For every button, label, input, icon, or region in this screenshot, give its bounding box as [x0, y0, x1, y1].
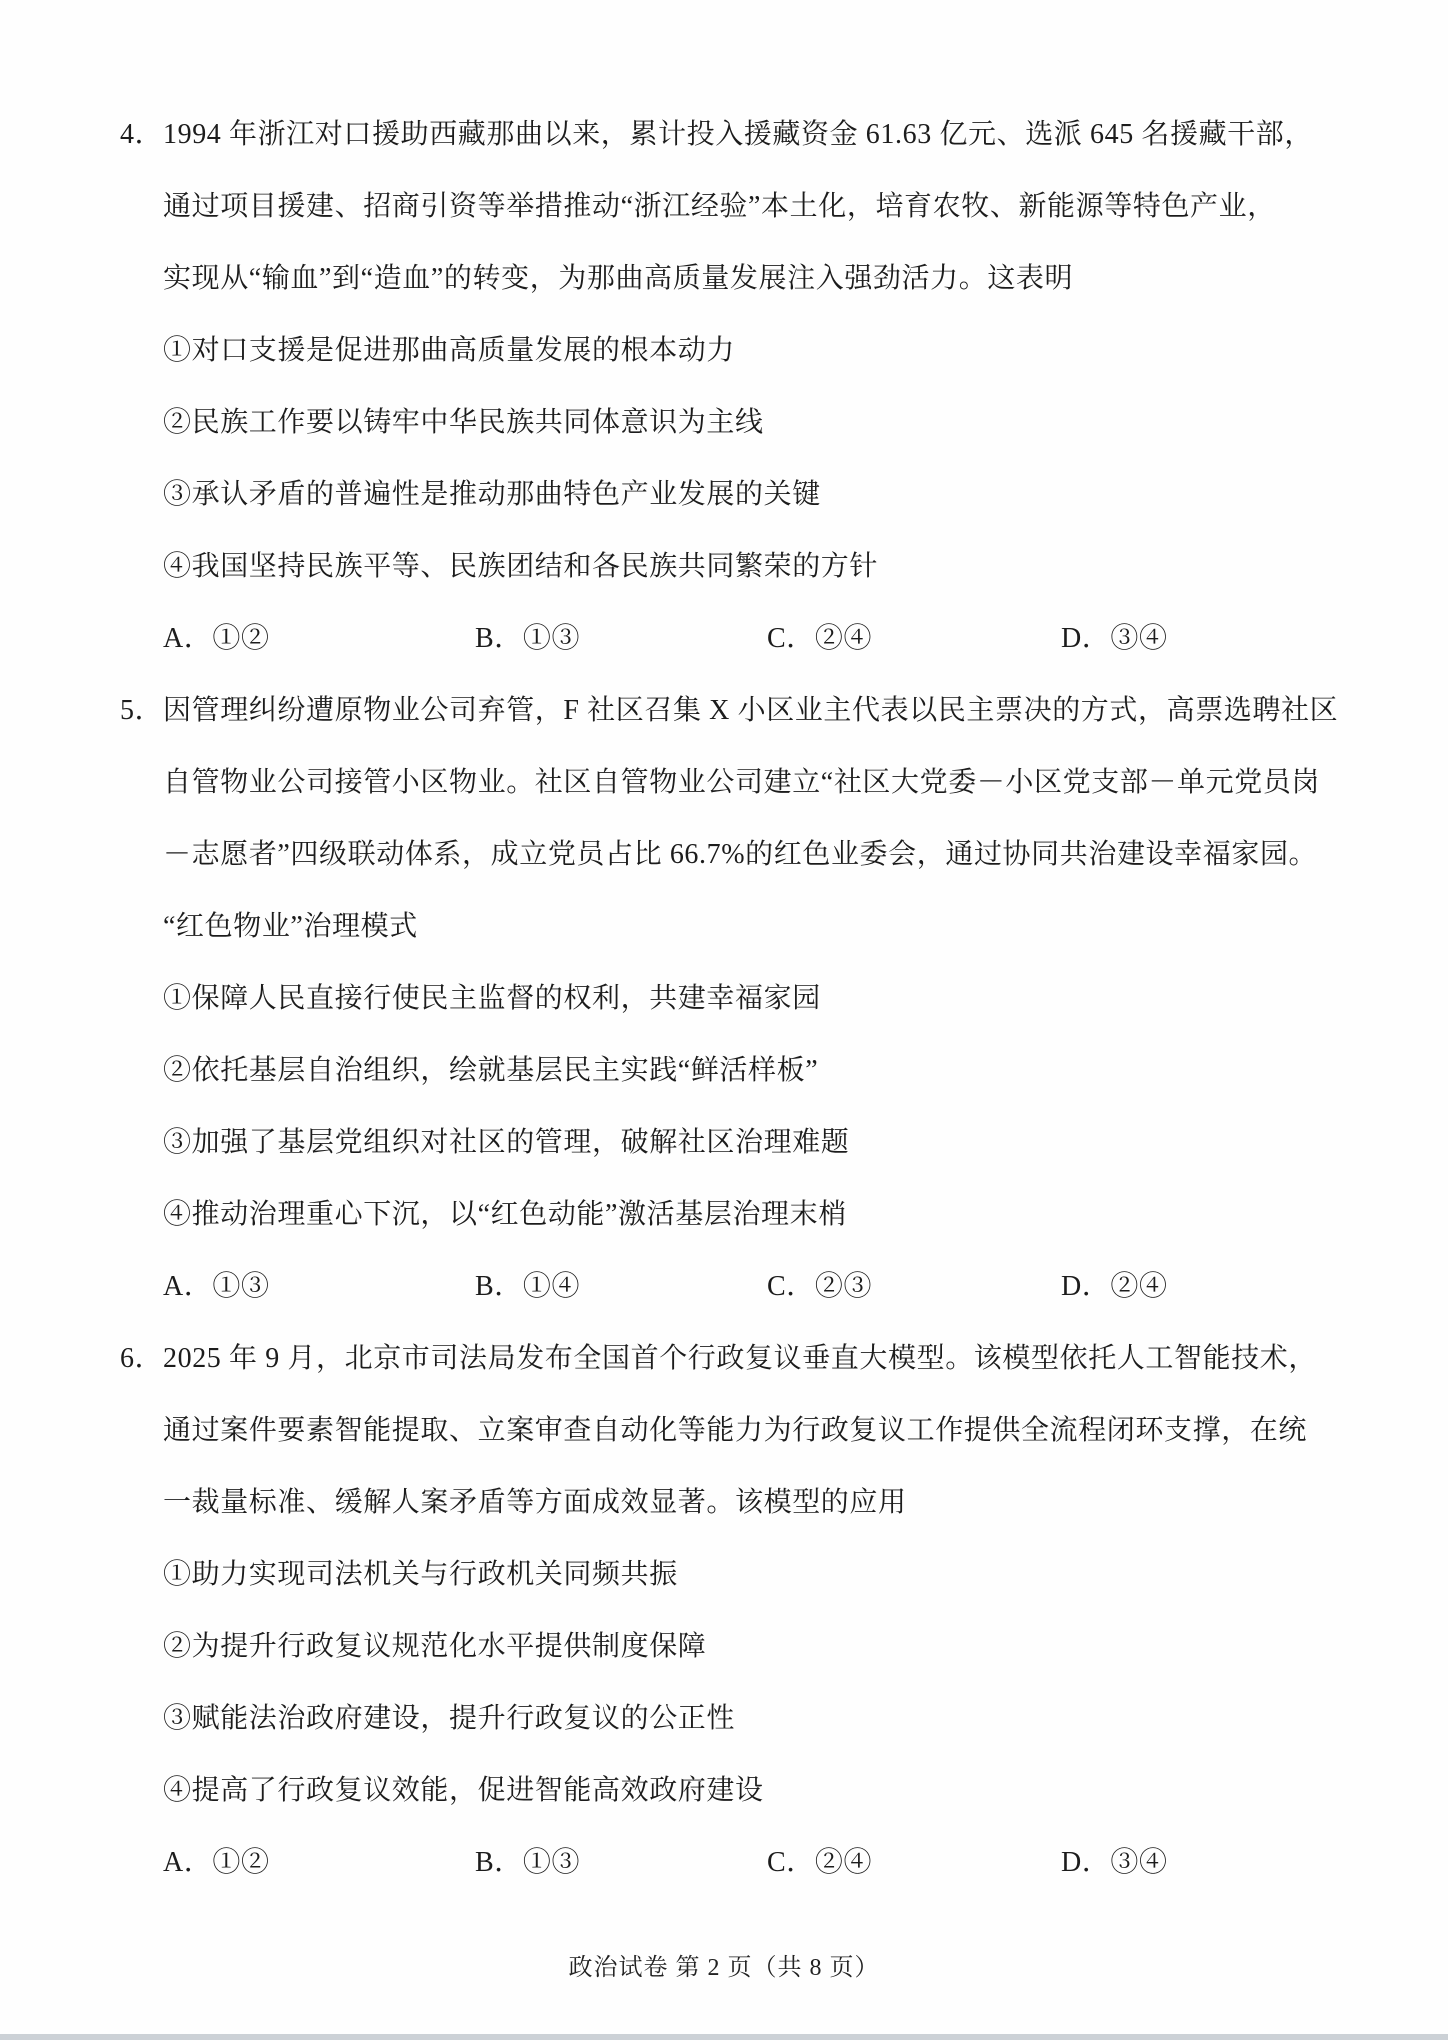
- answer-options-row: A．①③ B．①④ C．②③ D．②④: [120, 1248, 1388, 1320]
- option-b: B．①④: [475, 1264, 767, 1304]
- option-d: D．②④: [1061, 1264, 1168, 1304]
- statement-item-2: ②为提升行政复议规范化水平提供制度保障: [120, 1608, 1388, 1680]
- question-stem-line: 一裁量标准、缓解人案矛盾等方面成效显著。该模型的应用: [120, 1464, 1388, 1536]
- statement-item-4: ④推动治理重心下沉，以“红色动能”激活基层治理末梢: [120, 1176, 1388, 1248]
- question-stem-text: 2025 年 9 月，北京市司法局发布全国首个行政复议垂直大模型。该模型依托人工…: [163, 1336, 1317, 1376]
- option-c: C．②④: [767, 1840, 1061, 1880]
- option-d: D．③④: [1061, 1840, 1168, 1880]
- questions-area: 4． 1994 年浙江对口援助西藏那曲以来，累计投入援藏资金 61.63 亿元、…: [120, 96, 1388, 1896]
- option-a: A．①③: [163, 1264, 475, 1304]
- statement-item-1: ①保障人民直接行使民主监督的权利，共建幸福家园: [120, 960, 1388, 1032]
- answer-options-row: A．①② B．①③ C．②④ D．③④: [120, 1824, 1388, 1896]
- option-b: B．①③: [475, 1840, 767, 1880]
- question-4: 4． 1994 年浙江对口援助西藏那曲以来，累计投入援藏资金 61.63 亿元、…: [120, 96, 1388, 672]
- option-a: A．①②: [163, 1840, 475, 1880]
- question-stem-line: 自管物业公司接管小区物业。社区自管物业公司建立“社区大党委－小区党支部－单元党员…: [120, 744, 1388, 816]
- option-d: D．③④: [1061, 616, 1168, 656]
- statement-item-2: ②依托基层自治组织，绘就基层民主实践“鲜活样板”: [120, 1032, 1388, 1104]
- option-b: B．①③: [475, 616, 767, 656]
- question-stem-line: 通过案件要素智能提取、立案审查自动化等能力为行政复议工作提供全流程闭环支撑，在统: [120, 1392, 1388, 1464]
- question-stem-line: “红色物业”治理模式: [120, 888, 1388, 960]
- statement-item-4: ④提高了行政复议效能，促进智能高效政府建设: [120, 1752, 1388, 1824]
- question-stem-line: 6． 2025 年 9 月，北京市司法局发布全国首个行政复议垂直大模型。该模型依…: [120, 1320, 1388, 1392]
- exam-page: 4． 1994 年浙江对口援助西藏那曲以来，累计投入援藏资金 61.63 亿元、…: [0, 0, 1448, 2040]
- option-c: C．②③: [767, 1264, 1061, 1304]
- question-stem-text: 1994 年浙江对口援助西藏那曲以来，累计投入援藏资金 61.63 亿元、选派 …: [163, 112, 1313, 152]
- statement-item-3: ③承认矛盾的普遍性是推动那曲特色产业发展的关键: [120, 456, 1388, 528]
- statement-item-2: ②民族工作要以铸牢中华民族共同体意识为主线: [120, 384, 1388, 456]
- question-stem-line: 4． 1994 年浙江对口援助西藏那曲以来，累计投入援藏资金 61.63 亿元、…: [120, 96, 1388, 168]
- option-c: C．②④: [767, 616, 1061, 656]
- statement-item-1: ①对口支援是促进那曲高质量发展的根本动力: [120, 312, 1388, 384]
- question-6: 6． 2025 年 9 月，北京市司法局发布全国首个行政复议垂直大模型。该模型依…: [120, 1320, 1388, 1896]
- page-footer: 政治试卷 第 2 页（共 8 页）: [0, 1944, 1448, 1992]
- question-stem-line: 5． 因管理纠纷遭原物业公司弃管，F 社区召集 X 小区业主代表以民主票决的方式…: [120, 672, 1388, 744]
- statement-item-3: ③加强了基层党组织对社区的管理，破解社区治理难题: [120, 1104, 1388, 1176]
- statement-item-3: ③赋能法治政府建设，提升行政复议的公正性: [120, 1680, 1388, 1752]
- question-number: 6．: [120, 1336, 163, 1376]
- page-footer-text: 政治试卷 第 2 页（共 8 页）: [569, 1955, 880, 1981]
- option-a: A．①②: [163, 616, 475, 656]
- question-stem-line: －志愿者”四级联动体系，成立党员占比 66.7%的红色业委会，通过协同共治建设幸…: [120, 816, 1388, 888]
- statement-item-1: ①助力实现司法机关与行政机关同频共振: [120, 1536, 1388, 1608]
- statement-item-4: ④我国坚持民族平等、民族团结和各民族共同繁荣的方针: [120, 528, 1388, 600]
- scan-bottom-edge: [0, 2034, 1448, 2040]
- question-number: 4．: [120, 112, 163, 152]
- question-number: 5．: [120, 688, 163, 728]
- question-stem-line: 通过项目援建、招商引资等举措推动“浙江经验”本土化，培育农牧、新能源等特色产业，: [120, 168, 1388, 240]
- question-5: 5． 因管理纠纷遭原物业公司弃管，F 社区召集 X 小区业主代表以民主票决的方式…: [120, 672, 1388, 1320]
- answer-options-row: A．①② B．①③ C．②④ D．③④: [120, 600, 1388, 672]
- question-stem-text: 因管理纠纷遭原物业公司弃管，F 社区召集 X 小区业主代表以民主票决的方式，高票…: [163, 688, 1338, 728]
- question-stem-line: 实现从“输血”到“造血”的转变，为那曲高质量发展注入强劲活力。这表明: [120, 240, 1388, 312]
